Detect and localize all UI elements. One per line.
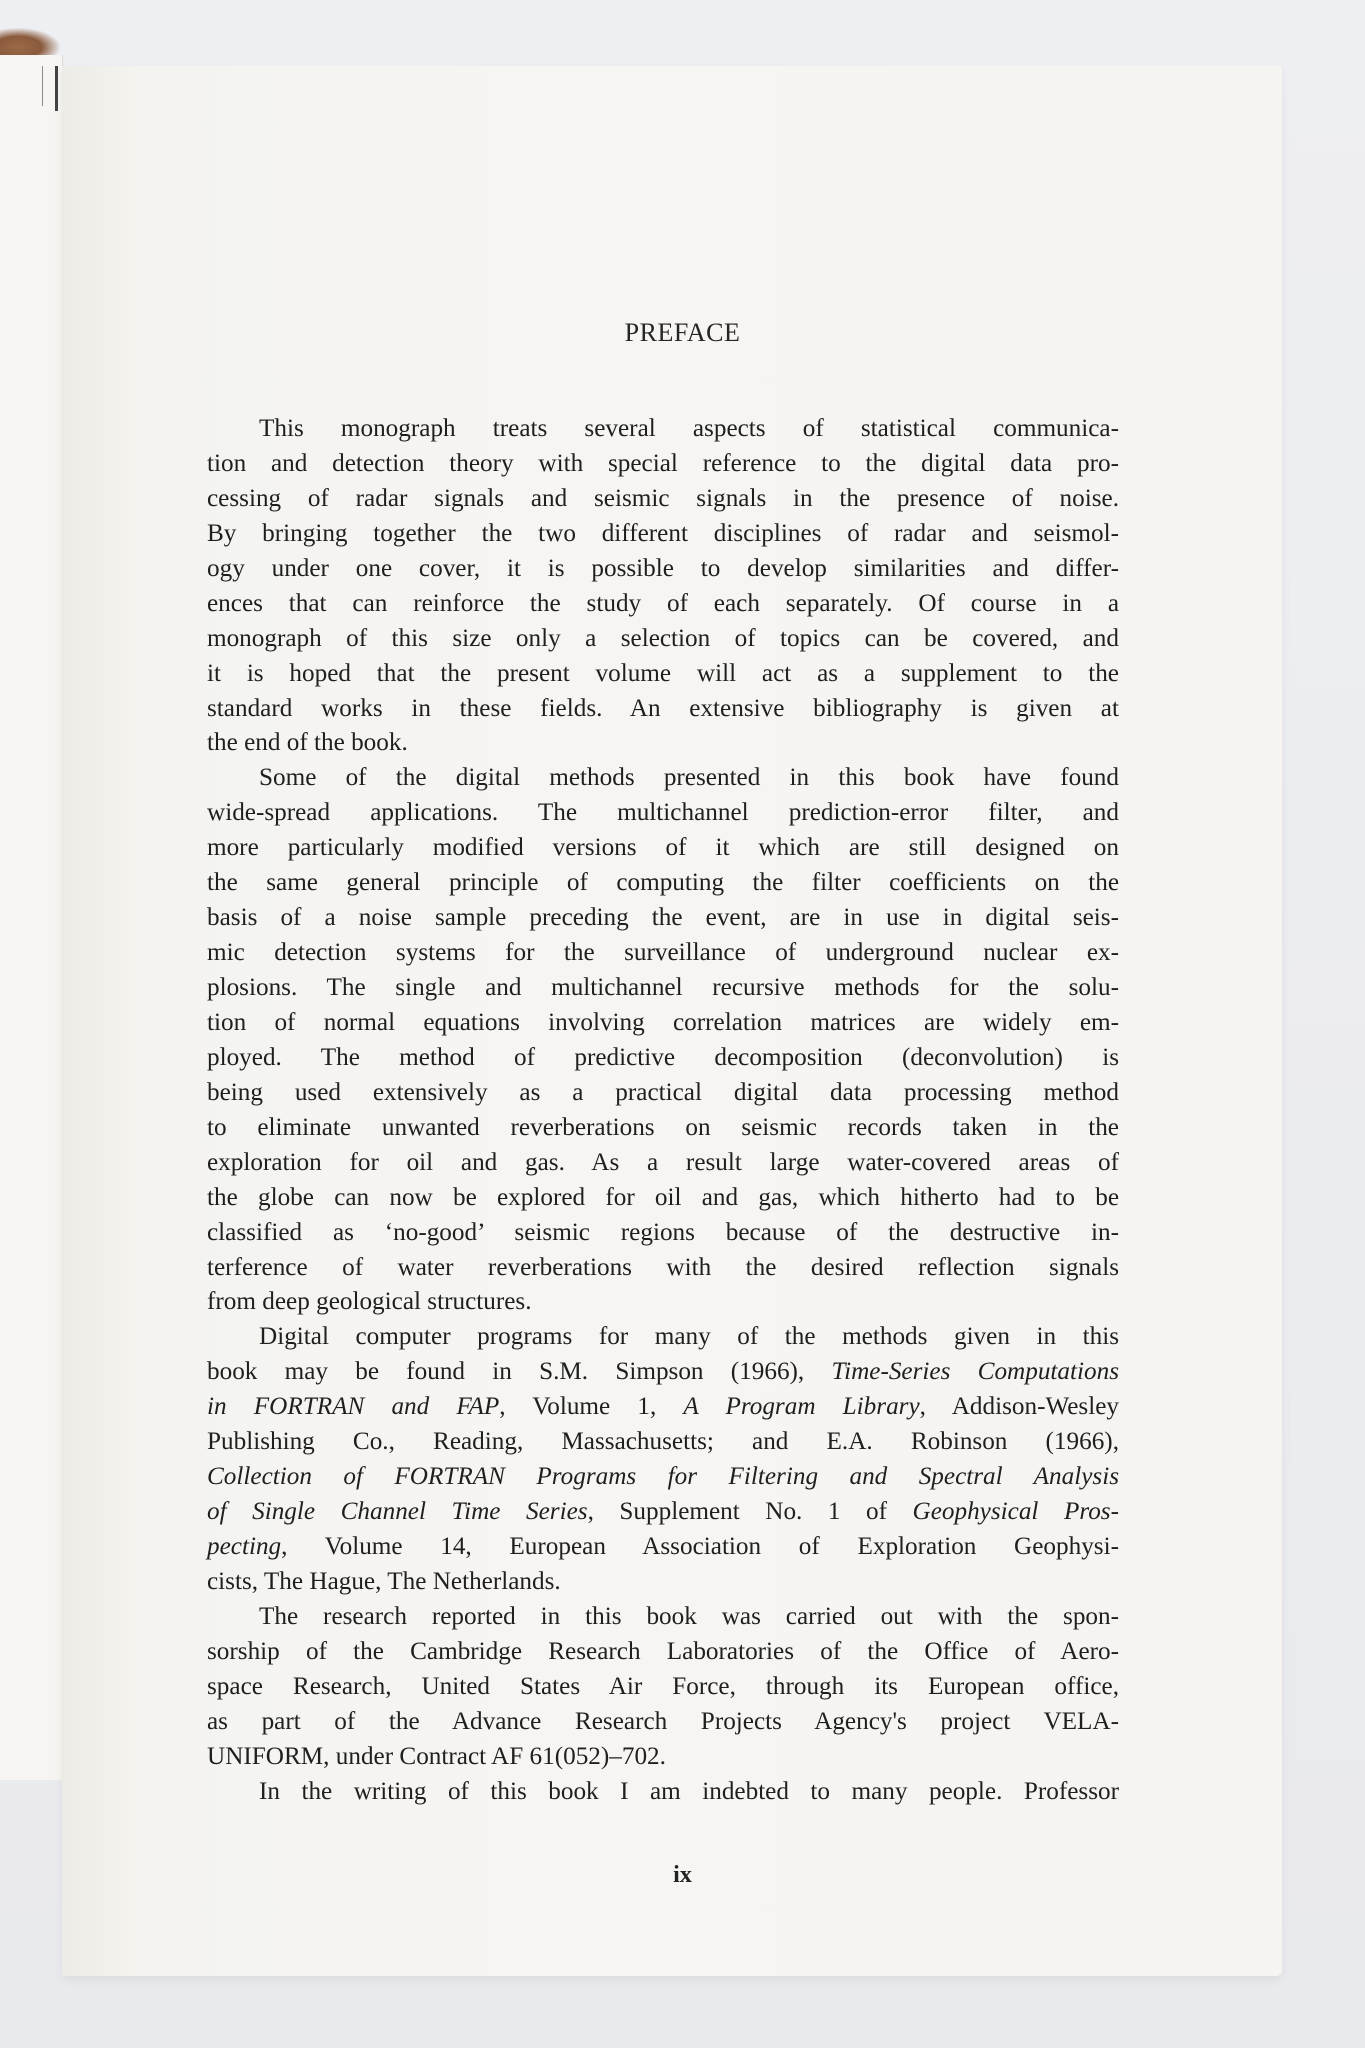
text-line: UNIFORM, under Contract AF 61(052)–702. xyxy=(207,1740,1119,1775)
text-line: wide-spread applications. The multichann… xyxy=(207,796,1119,831)
text-line: classified as ‘no-good’ seismic regions … xyxy=(207,1216,1119,1251)
text-line: book may be found in S.M. Simpson (1966)… xyxy=(207,1355,1119,1390)
spine-mark-dark xyxy=(55,66,58,111)
page-title: PREFACE xyxy=(0,318,1365,348)
text-line: more particularly modified versions of i… xyxy=(207,831,1119,866)
preface-body: This monograph treats several aspects of… xyxy=(207,412,1119,1810)
page-number: ix xyxy=(0,1862,1365,1889)
text-line: from deep geological structures. xyxy=(207,1285,1119,1320)
text-line: tion and detection theory with special r… xyxy=(207,447,1119,482)
text-line: In the writing of this book I am indebte… xyxy=(207,1775,1119,1810)
text-line: basis of a noise sample preceding the ev… xyxy=(207,901,1119,936)
spine-mark xyxy=(42,66,43,106)
text-line: as part of the Advance Research Projects… xyxy=(207,1705,1119,1740)
text-line: being used extensively as a practical di… xyxy=(207,1076,1119,1111)
text-line: exploration for oil and gas. As a result… xyxy=(207,1146,1119,1181)
text-line: standard works in these fields. An exten… xyxy=(207,692,1119,727)
facing-page-edge xyxy=(0,55,63,1780)
text-line: ences that can reinforce the study of ea… xyxy=(207,587,1119,622)
text-line: pecting, Volume 14, European Association… xyxy=(207,1530,1119,1565)
text-line: The research reported in this book was c… xyxy=(207,1600,1119,1635)
text-line: the end of the book. xyxy=(207,726,1119,761)
text-line: Some of the digital methods presented in… xyxy=(207,761,1119,796)
text-line: tion of normal equations involving corre… xyxy=(207,1006,1119,1041)
text-line: in FORTRAN and FAP, Volume 1, A Program … xyxy=(207,1390,1119,1425)
text-line: By bringing together the two different d… xyxy=(207,517,1119,552)
text-line: the globe can now be explored for oil an… xyxy=(207,1181,1119,1216)
text-line: cists, The Hague, The Netherlands. xyxy=(207,1565,1119,1600)
text-line: it is hoped that the present volume will… xyxy=(207,657,1119,692)
text-line: ogy under one cover, it is possible to d… xyxy=(207,552,1119,587)
text-line: sorship of the Cambridge Research Labora… xyxy=(207,1635,1119,1670)
text-line: the same general principle of computing … xyxy=(207,866,1119,901)
text-line: This monograph treats several aspects of… xyxy=(207,412,1119,447)
text-line: terference of water reverberations with … xyxy=(207,1251,1119,1286)
text-line: to eliminate unwanted reverberations on … xyxy=(207,1111,1119,1146)
text-line: ployed. The method of predictive decompo… xyxy=(207,1041,1119,1076)
text-line: plosions. The single and multichannel re… xyxy=(207,971,1119,1006)
text-line: of Single Channel Time Series, Supplemen… xyxy=(207,1495,1119,1530)
text-line: cessing of radar signals and seismic sig… xyxy=(207,482,1119,517)
text-line: Publishing Co., Reading, Massachusetts; … xyxy=(207,1425,1119,1460)
text-line: monograph of this size only a selection … xyxy=(207,622,1119,657)
text-line: mic detection systems for the surveillan… xyxy=(207,936,1119,971)
text-line: Digital computer programs for many of th… xyxy=(207,1320,1119,1355)
text-line: Collection of FORTRAN Programs for Filte… xyxy=(207,1460,1119,1495)
text-line: space Research, United States Air Force,… xyxy=(207,1670,1119,1705)
